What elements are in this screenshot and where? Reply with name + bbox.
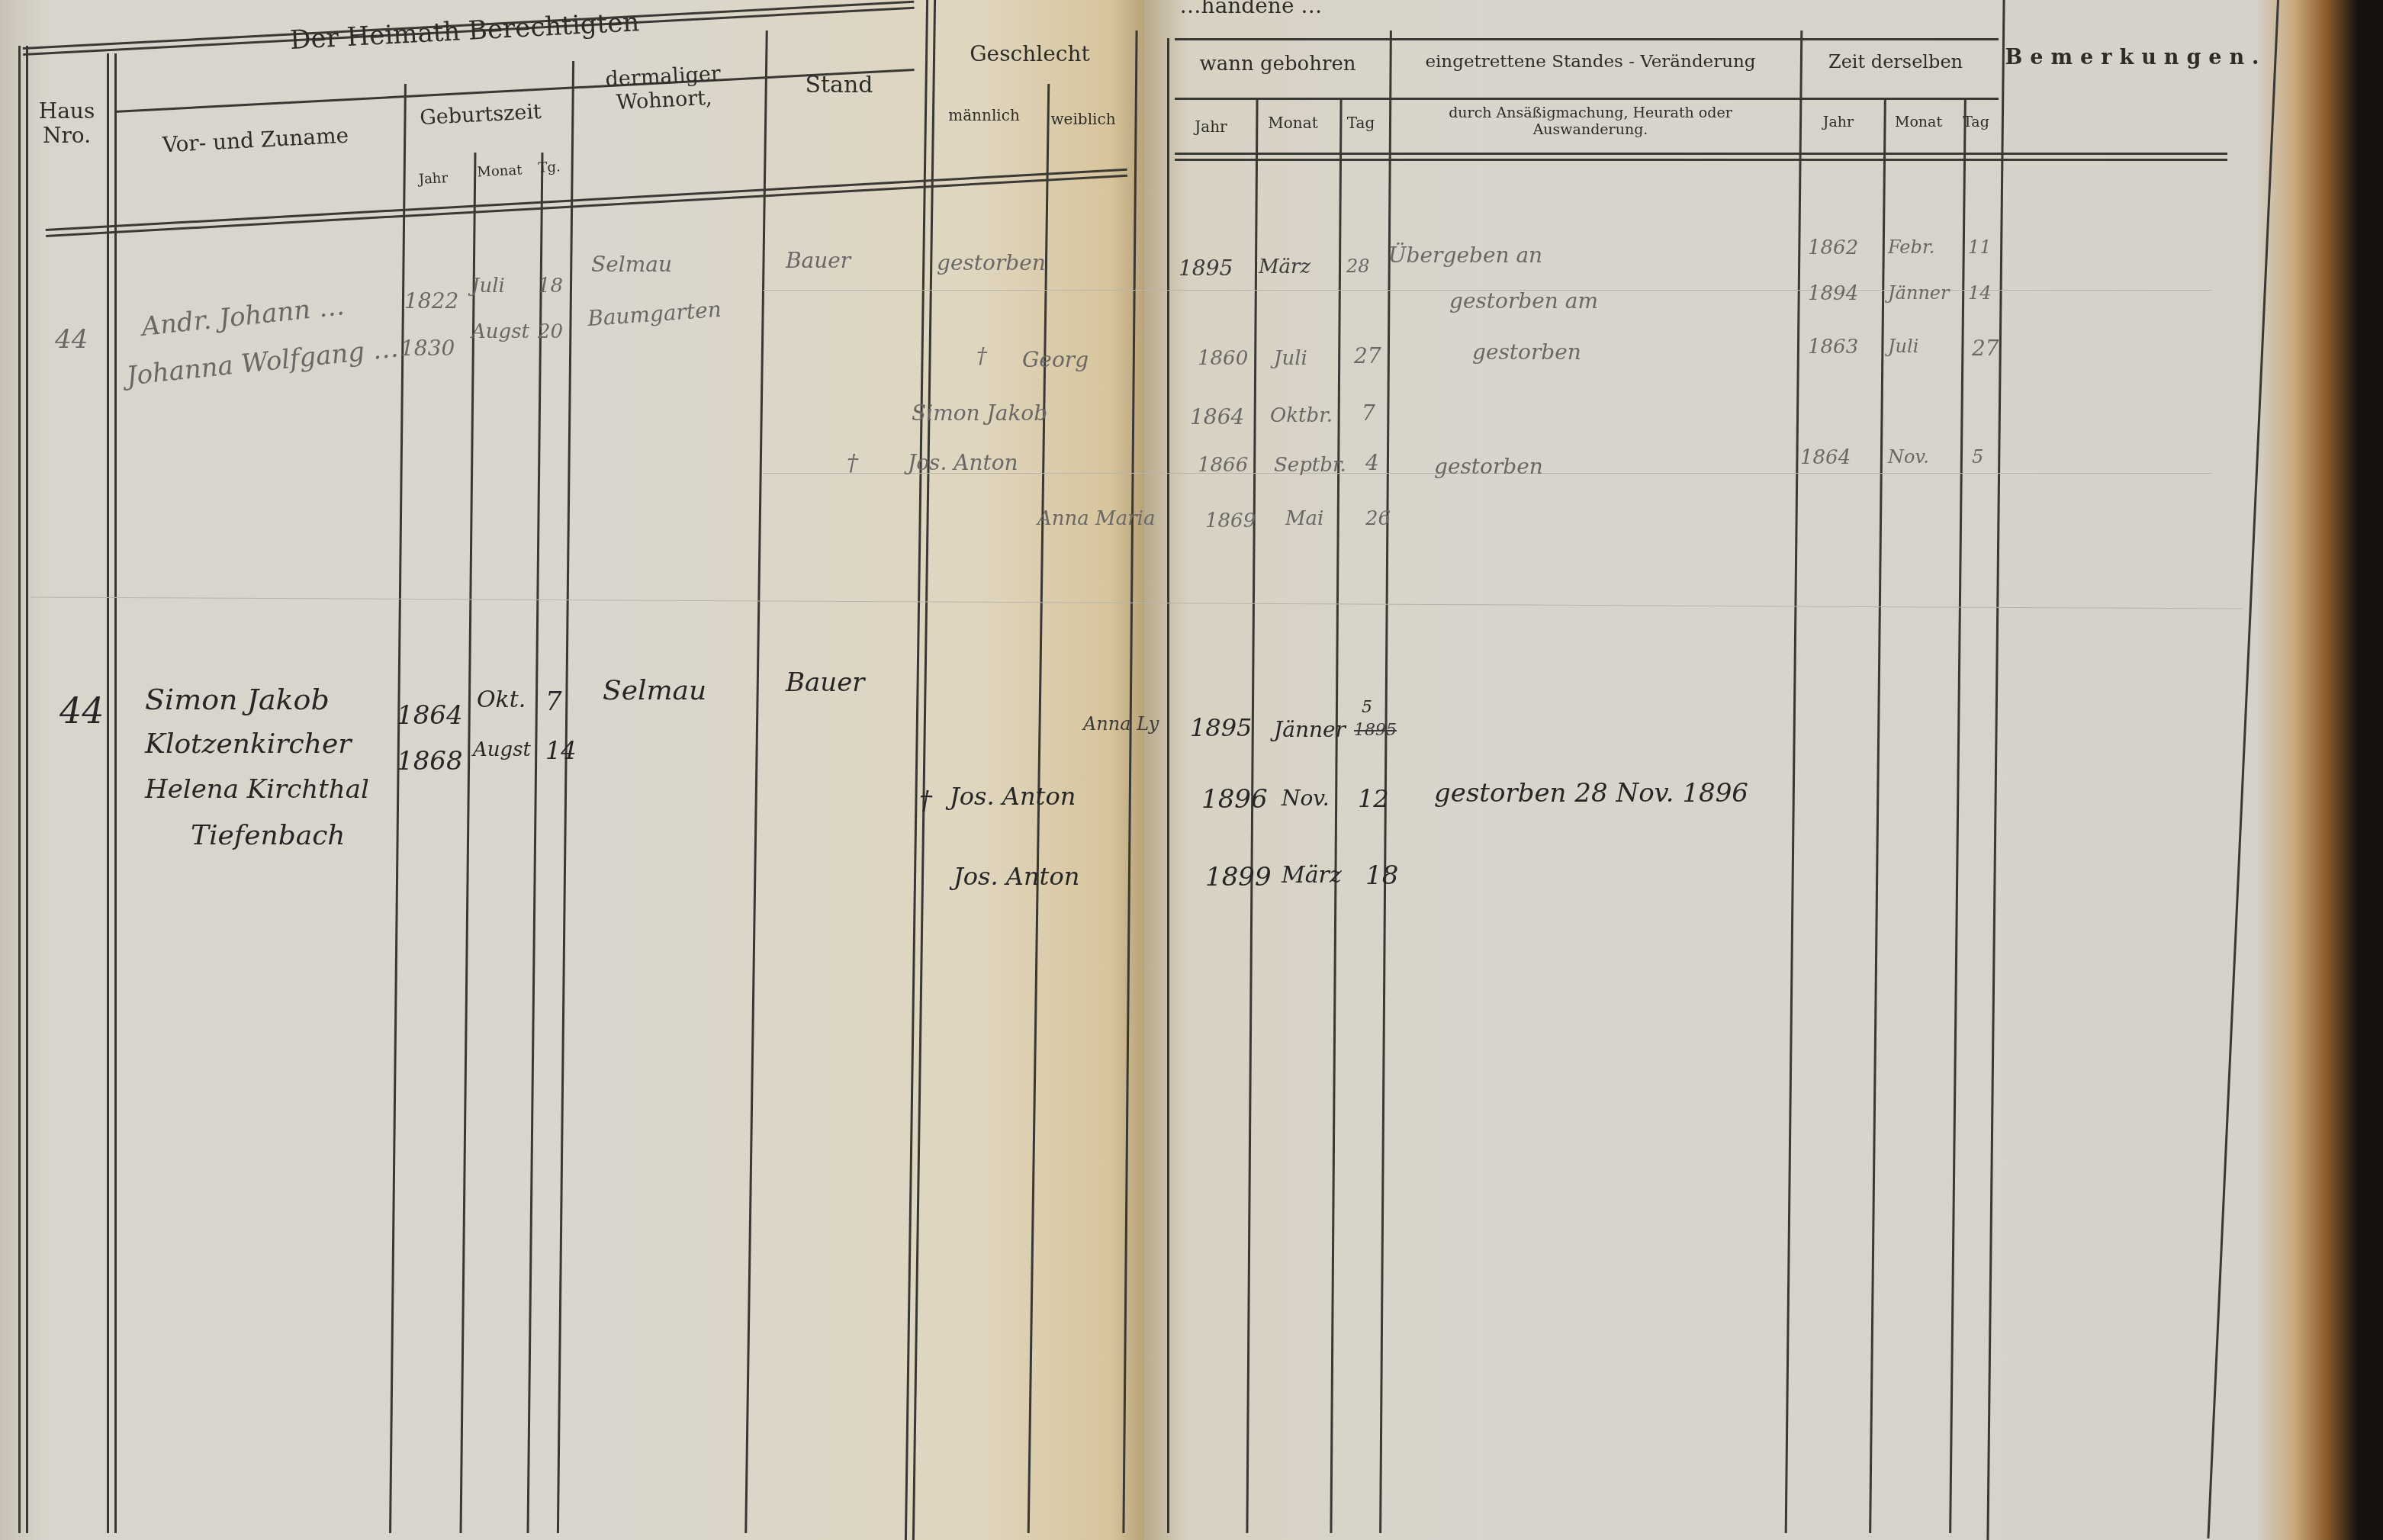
entry1-child3-name: Georg xyxy=(1022,347,1089,372)
entry1-child1-ev-jahr: 1862 xyxy=(1808,236,1858,259)
entry1-child5-tag: 4 xyxy=(1365,450,1379,475)
entry1-child3-tag: 27 xyxy=(1354,343,1381,368)
entry2-child3-monat: März xyxy=(1282,862,1342,889)
entry1-child4-name: Simon Jakob xyxy=(912,400,1047,426)
right-subheader-rule xyxy=(1175,98,1999,100)
header-haus-nro: Haus Nro. xyxy=(31,99,103,148)
header-bemerkungen: Bemerkungen. xyxy=(2002,46,2269,69)
header-geb-jahr: Jahr xyxy=(1175,118,1247,136)
entry1-tag-1: 18 xyxy=(538,275,563,297)
entry1-child5-event: gestorben xyxy=(1434,454,1543,479)
entry1-child2-ev-monat: Jänner xyxy=(1888,282,1950,304)
entry1-child6-jahr: 1869 xyxy=(1205,510,1256,532)
header-geburt-tag: Tg. xyxy=(533,159,564,177)
header-geb-tag: Tag xyxy=(1339,114,1383,132)
entry1-child1-ev-tag: 11 xyxy=(1968,236,1992,258)
entry2-stand: Bauer xyxy=(786,667,865,698)
col-border-left2 xyxy=(26,46,28,1533)
entry1-child4-monat: Oktbr. xyxy=(1270,404,1333,427)
entry1-child5-monat: Septbr. xyxy=(1274,454,1346,477)
entry2-wohnort: Selmau xyxy=(603,675,706,706)
entry2-child1-tag: 5 xyxy=(1362,698,1372,717)
header-weiblich: weiblich xyxy=(1041,111,1125,128)
entry1-child5-mark: † xyxy=(847,450,858,477)
entry1-child6-monat: Mai xyxy=(1285,507,1323,530)
header-zeit: Zeit derselben xyxy=(1800,52,1991,73)
entry2-jahr-2: 1868 xyxy=(397,746,463,776)
entry1-child4-tag: 7 xyxy=(1362,400,1375,426)
entry1-child3-event: gestorben xyxy=(1472,339,1581,365)
header-zeit-tag: Tag xyxy=(1959,114,1993,131)
entry2-child3-tag: 18 xyxy=(1365,860,1398,891)
entry1-child5-name: Jos. Anton xyxy=(908,450,1018,475)
entry2-name-1: Simon Jakob xyxy=(145,683,330,716)
entry2-tag-1: 7 xyxy=(545,686,562,717)
entry1-child3-monat: Juli xyxy=(1274,347,1307,370)
entry2-child1-name: Anna Ly xyxy=(1083,713,1159,735)
header-geschlecht: Geschlecht xyxy=(938,42,1121,66)
header-maennlich: männlich xyxy=(934,107,1034,124)
col-haus2 xyxy=(114,53,117,1533)
entry1-child2-ev-jahr: 1894 xyxy=(1808,282,1858,305)
header-zeit-monat: Monat xyxy=(1880,114,1957,131)
entry1-child3-mark: † xyxy=(976,343,987,368)
entry1-child2-event: gestorben am xyxy=(1449,288,1598,313)
entry1-child5-ev-monat: Nov. xyxy=(1888,446,1929,468)
entry2-child2-mark: † xyxy=(919,786,932,816)
entry1-child1-name: gestorben xyxy=(937,250,1046,275)
col-haus xyxy=(107,53,109,1533)
right-title-fragment: …handene … xyxy=(1175,0,1327,18)
entry1-child6-tag: 26 xyxy=(1365,507,1391,530)
header-veraenderung: eingetrettene Standes - Veränderung xyxy=(1392,52,1789,72)
entry2-child1-tag-struck: 1895 xyxy=(1354,721,1397,740)
header-geburt-jahr: Jahr xyxy=(403,170,465,189)
entry2-name-2: Klotzenkircher xyxy=(145,728,351,760)
entry2-child2-tag: 12 xyxy=(1358,784,1389,813)
entry1-child3-ev-monat: Juli xyxy=(1888,336,1918,357)
entry2-child3-name: Jos. Anton xyxy=(954,862,1079,891)
entry1-monat-1: Juli xyxy=(471,275,505,297)
entry1-child2-ev-tag: 14 xyxy=(1968,282,1992,304)
entry1-child1-ev-monat: Febr. xyxy=(1888,236,1934,258)
right-page xyxy=(1144,0,2258,1540)
entry1-tag-2: 20 xyxy=(538,320,563,343)
header-geb-monat: Monat xyxy=(1255,114,1331,132)
entry2-name-3: Helena Kirchthal xyxy=(145,774,369,805)
right-header-top-rule xyxy=(1175,38,1999,40)
entry1-child3-ev-tag: 27 xyxy=(1972,336,1999,361)
entry2-child2-name: Jos. Anton xyxy=(950,782,1076,811)
entry2-child2-event: gestorben 28 Nov. 1896 xyxy=(1434,778,1748,809)
header-zeit-jahr: Jahr xyxy=(1804,114,1873,131)
entry2-child2-jahr: 1896 xyxy=(1201,784,1268,815)
entry1-child1-event: Übergeben an xyxy=(1388,243,1542,268)
entry1-child5-jahr: 1866 xyxy=(1198,454,1248,477)
entry1-jahr-2: 1830 xyxy=(400,336,455,361)
entry1-child6-name: Anna Maria xyxy=(1037,507,1155,530)
entry1-child1-jahr: 1895 xyxy=(1179,256,1233,281)
entry2-monat-2: Augst xyxy=(473,738,531,761)
entry1-monat-2: Augst xyxy=(471,320,529,343)
entry1-haus-nro: 44 xyxy=(55,324,88,355)
entry1-child4-jahr: 1864 xyxy=(1190,404,1244,429)
entry2-tag-2: 14 xyxy=(545,736,577,765)
entry1-child3-jahr: 1860 xyxy=(1198,347,1248,370)
col-border-left xyxy=(18,46,21,1533)
entry2-child1-jahr: 1895 xyxy=(1190,713,1252,742)
right-header-bottom-rule xyxy=(1175,153,2227,161)
header-veraenderung-sub: durch Ansäßigmachung, Heurath oder Auswa… xyxy=(1411,105,1770,139)
col-gebohren-left xyxy=(1167,38,1169,1533)
entry2-name-4: Tiefenbach xyxy=(191,820,346,851)
entry1-child1-tag: 28 xyxy=(1346,256,1370,277)
entry2-child3-jahr: 1899 xyxy=(1205,862,1272,892)
entry2-child1-monat: Jänner xyxy=(1274,717,1346,742)
book-edge xyxy=(2258,0,2383,1540)
entry1-child5-ev-jahr: 1864 xyxy=(1800,446,1851,469)
entry1-child1-monat: März xyxy=(1259,256,1310,278)
entry1-wohnort-1: Selmau xyxy=(591,252,672,277)
entry2-haus-nro: 44 xyxy=(59,690,105,731)
header-wohnort: dermaliger Wohnort, xyxy=(579,60,749,117)
entry1-jahr-1: 1822 xyxy=(404,288,458,313)
header-wann-gebohren: wann gebohren xyxy=(1175,53,1381,76)
open-ledger-book: Der Heimath Berechtigten Haus Nro. Vor- … xyxy=(0,0,2383,1540)
entry2-child2-monat: Nov. xyxy=(1282,786,1330,811)
entry2-monat-1: Okt. xyxy=(477,686,526,713)
entry1-child3-ev-jahr: 1863 xyxy=(1808,336,1858,358)
header-stand: Stand xyxy=(778,72,900,99)
entry1-stand: Bauer xyxy=(786,248,851,273)
entry1-child5-ev-tag: 5 xyxy=(1972,446,1983,468)
entry2-jahr-1: 1864 xyxy=(397,700,463,731)
